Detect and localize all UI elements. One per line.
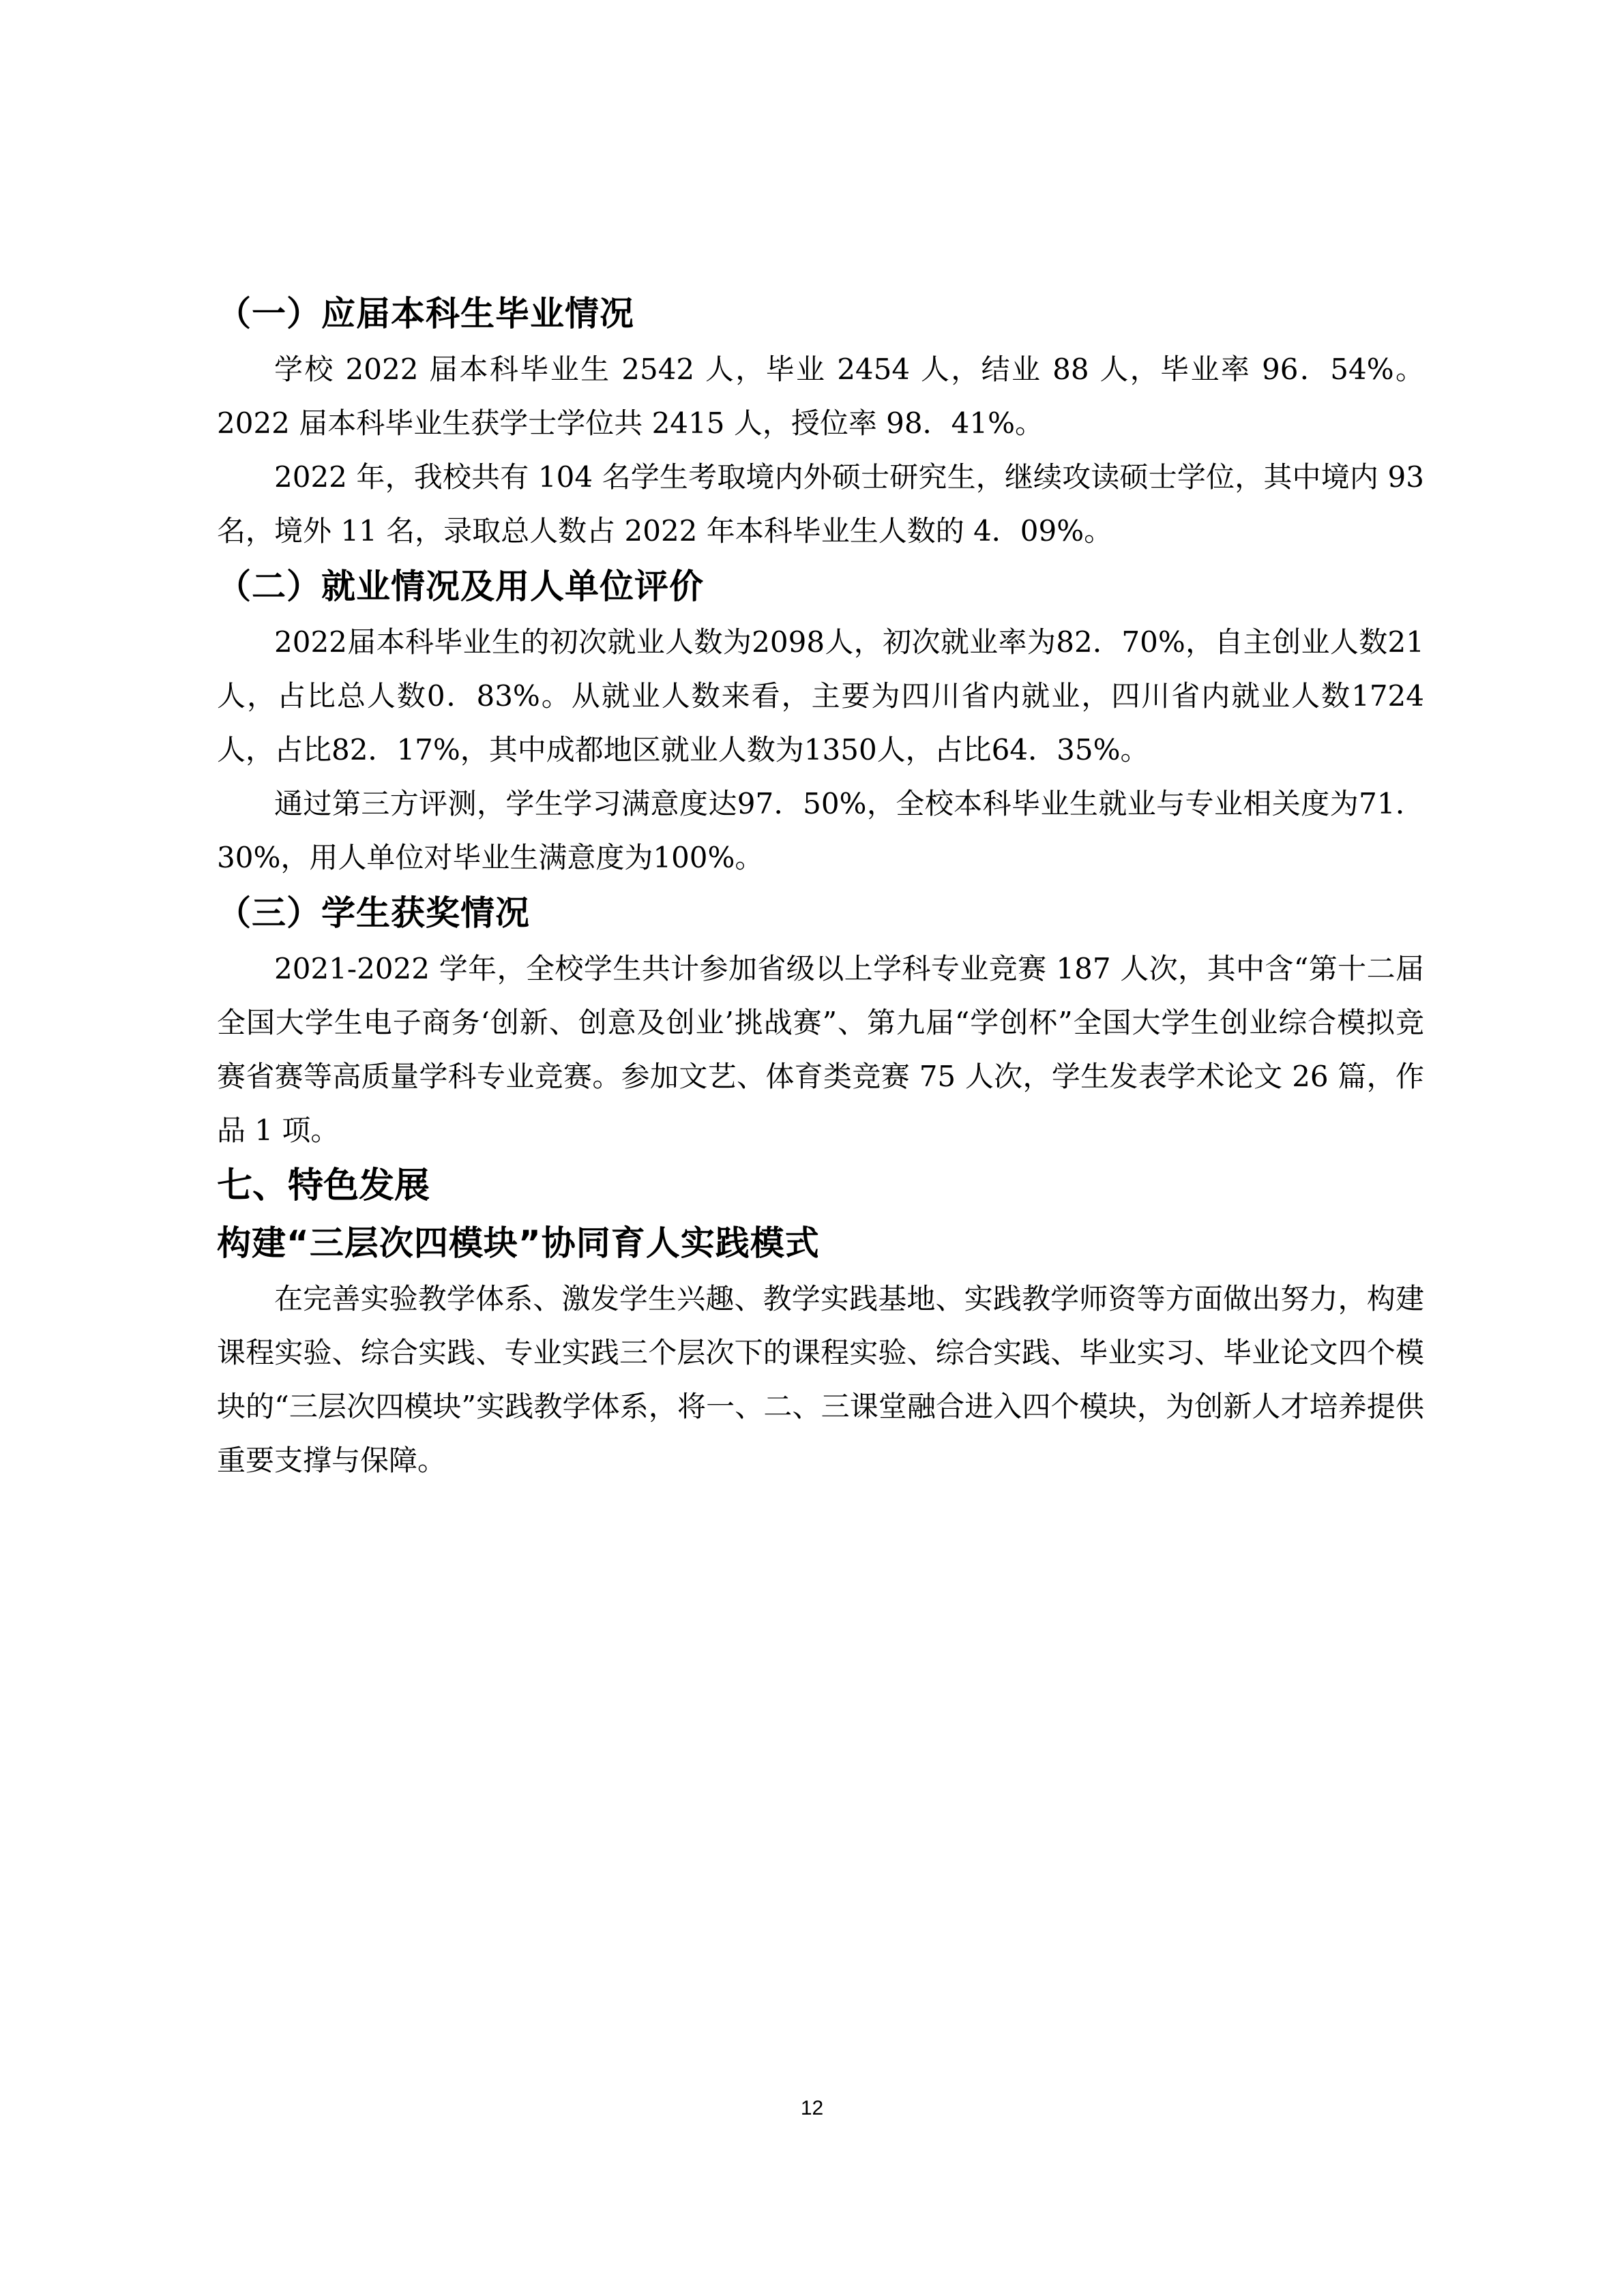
section-heading-awards: （三）学生获奖情况 [217,884,1424,942]
document-page: （一）应届本科生毕业情况 学校 2022 届本科毕业生 2542 人，毕业 24… [217,285,1424,1487]
paragraph-satisfaction: 通过第三方评测，学生学习满意度达97．50%，全校本科毕业生就业与专业相关度为7… [217,777,1424,884]
section-heading-graduation: （一）应届本科生毕业情况 [217,285,1424,342]
section-heading-employment: （二）就业情况及用人单位评价 [217,558,1424,615]
chapter-subheading: 构建“三层次四模块”协同育人实践模式 [217,1214,1424,1272]
paragraph-postgraduate: 2022 年，我校共有 104 名学生考取境内外硕士研究生，继续攻读硕士学位，其… [217,450,1424,558]
paragraph-awards: 2021-2022 学年，全校学生共计参加省级以上学科专业竞赛 187 人次，其… [217,942,1424,1157]
paragraph-graduation-rate: 学校 2022 届本科毕业生 2542 人，毕业 2454 人，结业 88 人，… [217,342,1424,450]
page-number: 12 [0,2095,1624,2122]
chapter-heading: 七、特色发展 [217,1157,1424,1214]
paragraph-practice-model: 在完善实验教学体系、激发学生兴趣、教学实践基地、实践教学师资等方面做出努力，构建… [217,1272,1424,1487]
paragraph-employment-rate: 2022届本科毕业生的初次就业人数为2098人，初次就业率为82．70%，自主创… [217,615,1424,777]
